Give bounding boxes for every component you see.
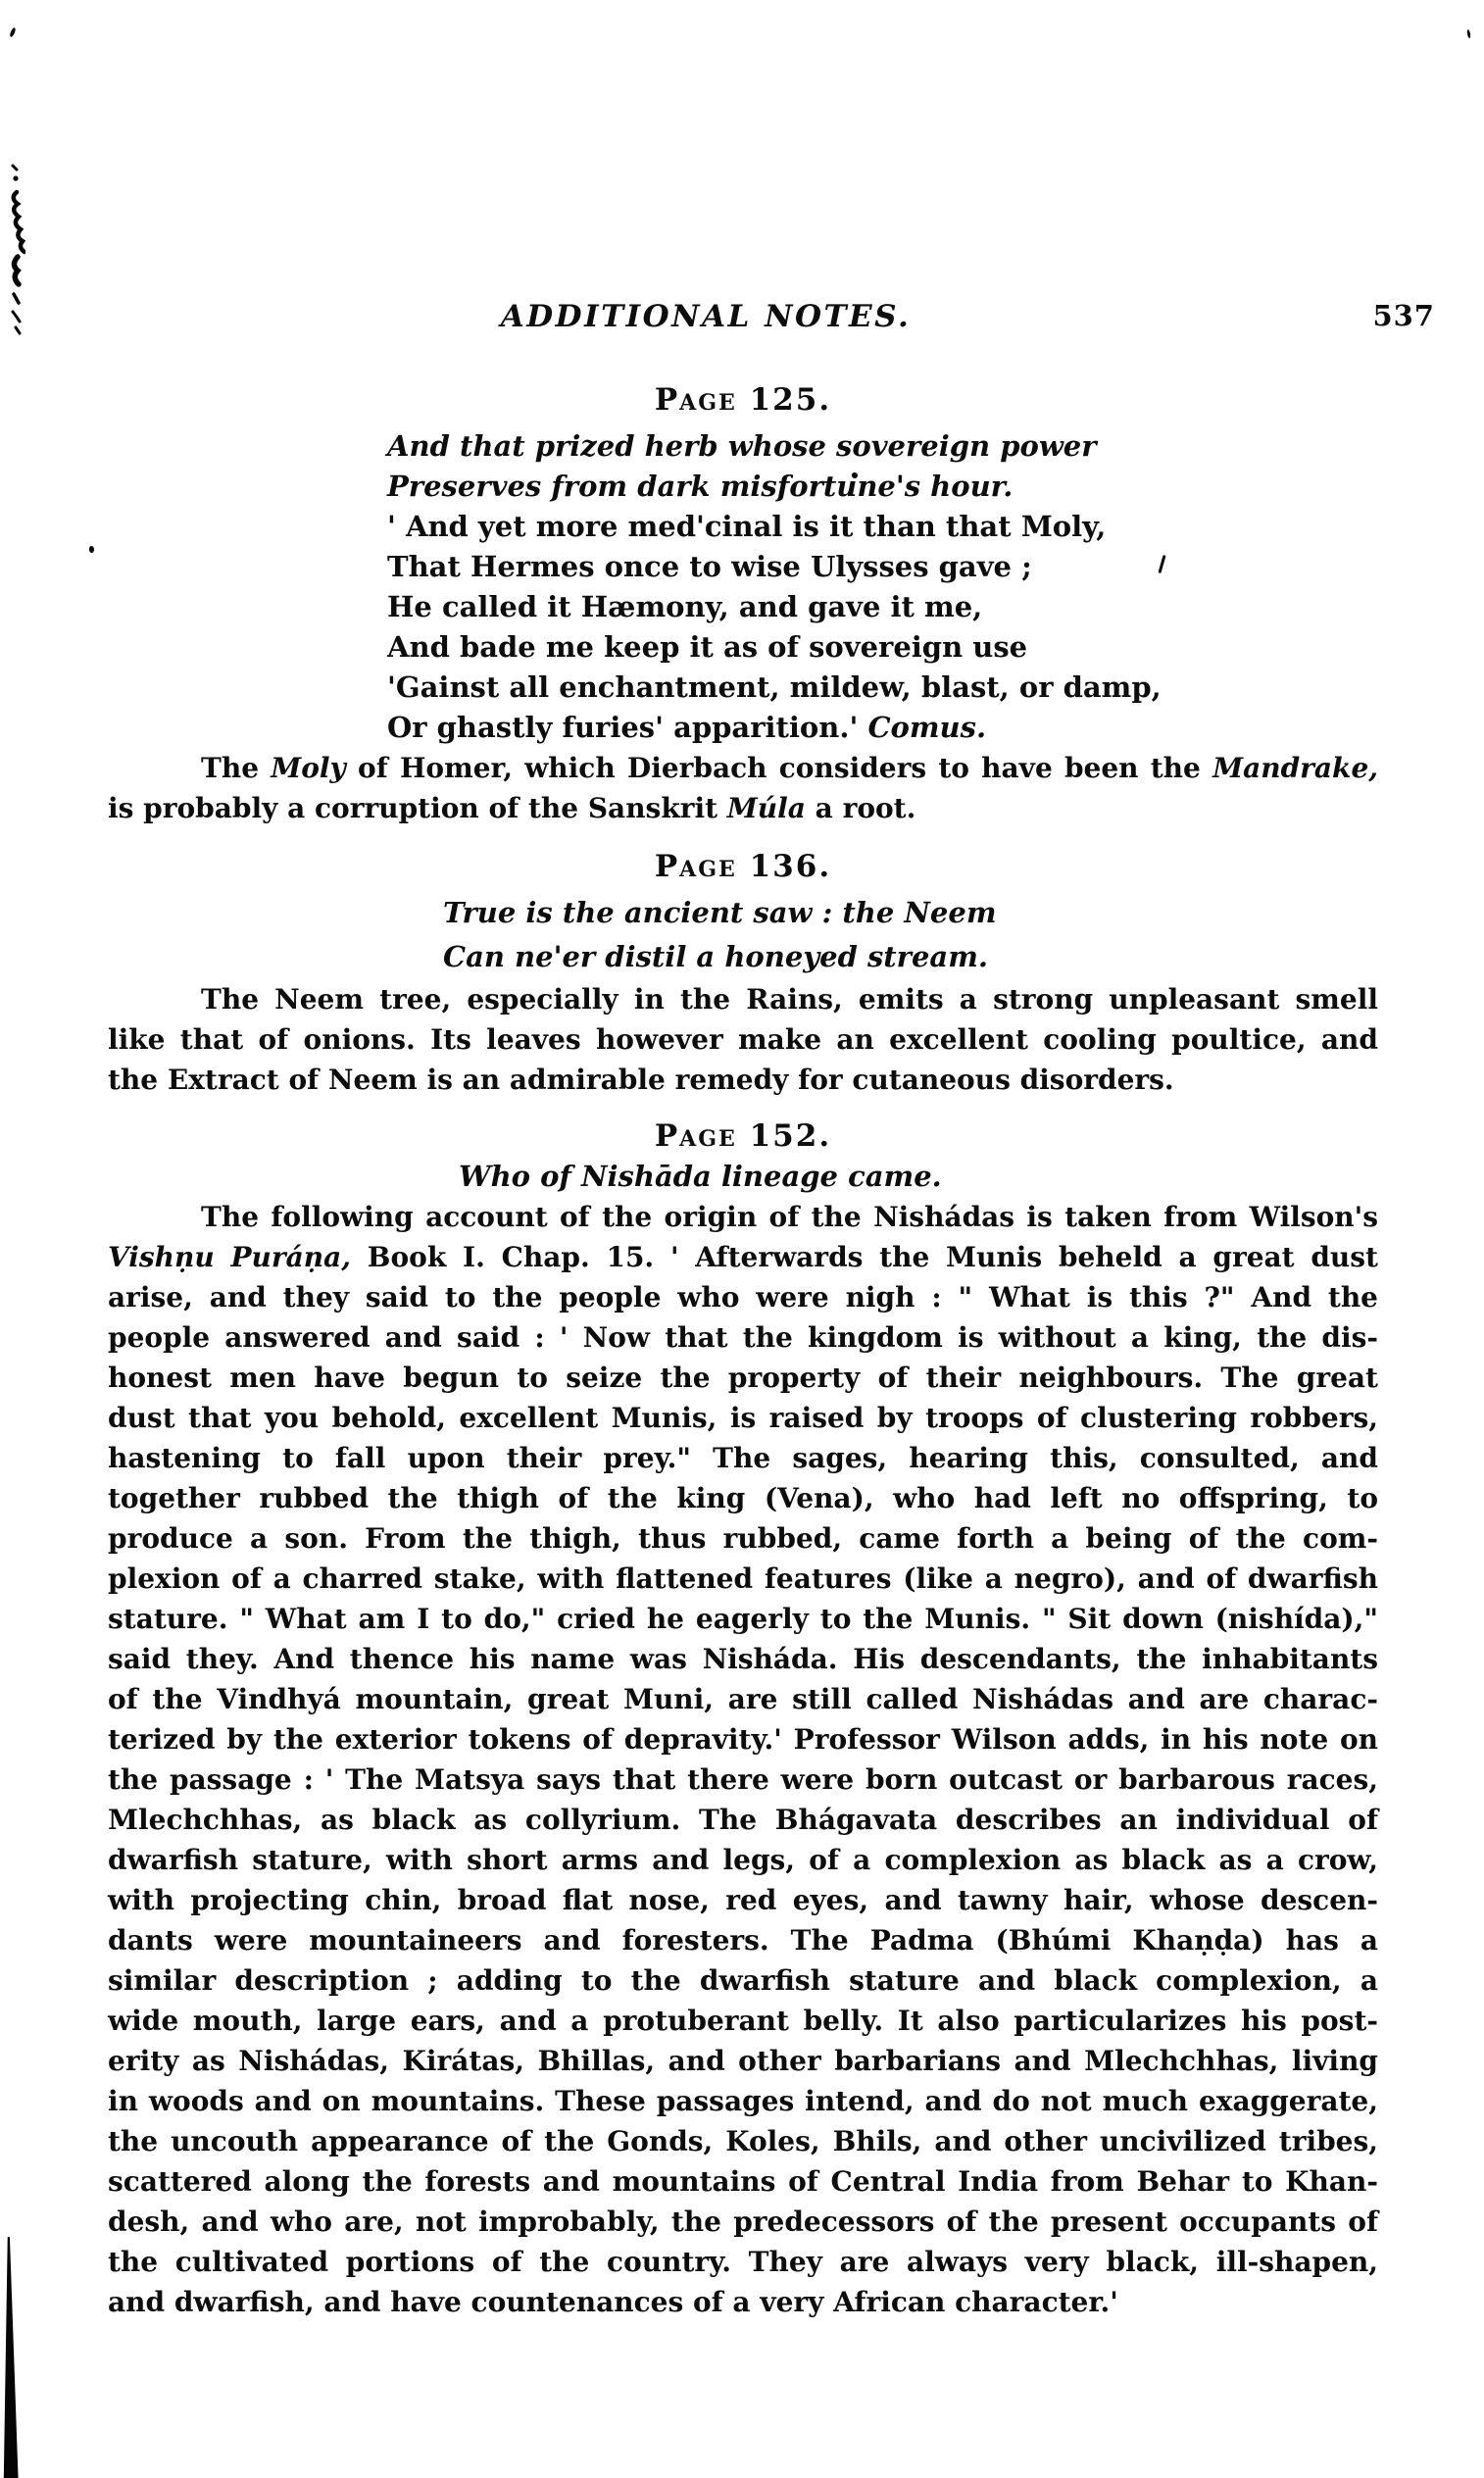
text-line: Preserves from dark misfortune's hour. (387, 467, 1378, 507)
text-line: erity as Nishádas, Kirátas, Bhillas, and… (108, 2041, 1378, 2081)
text-line: 'Gainst all enchantment, mildew, blast, … (387, 668, 1378, 708)
text-line: the uncouth appearance of the Gonds, Kol… (108, 2121, 1378, 2161)
text-line: Or ghastly furies' apparition.' Comus. (387, 708, 1378, 748)
text-line: desh, and who are, not improbably, the p… (108, 2202, 1378, 2242)
text-line: similar description ; adding to the dwar… (108, 1960, 1378, 2001)
text-line: And bade me keep it as of sovereign use (387, 627, 1378, 668)
text-line: plexion of a charred stake, with flatten… (108, 1559, 1378, 1599)
text-line: in woods and on mountains. These passage… (108, 2081, 1378, 2121)
text-line: wide mouth, large ears, and a protuberan… (108, 2001, 1378, 2041)
text-line: The Moly of Homer, which Dierbach consid… (108, 748, 1378, 788)
ink-streak-bottom-left (2, 2237, 20, 2478)
section-page-152: Page 152.Who of Nishāda lineage came.The… (108, 1117, 1378, 2322)
text-line: is probably a corruption of the Sanskrit… (108, 788, 1378, 828)
text-line: and dwarfish, and have countenances of a… (108, 2282, 1378, 2322)
scanned-book-page: ADDITIONAL NOTES. 537 Page 125.And that … (0, 0, 1484, 2478)
sections-root: Page 125.And that prized herb whose sove… (108, 381, 1378, 2322)
text-line: with projecting chin, broad flat nose, r… (108, 1880, 1378, 1920)
text-line: ' And yet more med'cinal is it than that… (387, 507, 1378, 547)
text-line: of the Vindhyá mountain, great Muni, are… (108, 1679, 1378, 1719)
text-line: Mlechchhas, as black as collyrium. The B… (108, 1800, 1378, 1840)
ink-speck (1466, 29, 1471, 38)
text-line: people answered and said : ' Now that th… (108, 1317, 1378, 1358)
text-line: True is the ancient saw : the Neem (443, 891, 1378, 935)
text-line: And that prized herb whose sovereign pow… (387, 426, 1378, 467)
text-line: That Hermes once to wise Ulysses gave ; (387, 547, 1378, 587)
text-line: He called it Hæmony, and gave it me, (387, 587, 1378, 627)
para-block: The Moly of Homer, which Dierbach consid… (108, 748, 1378, 828)
text-line: dust that you behold, excellent Munis, i… (108, 1398, 1378, 1438)
text-line: like that of onions. Its leaves however … (108, 1019, 1378, 1060)
verse-block: And that prized herb whose sovereign pow… (387, 426, 1378, 748)
para-block: The following account of the origin of t… (108, 1197, 1378, 2322)
text-line: arise, and they said to the people who w… (108, 1277, 1378, 1317)
text-line: terized by the exterior tokens of deprav… (108, 1719, 1378, 1759)
ink-smudge-top-left (4, 163, 25, 363)
text-line: the cultivated portions of the country. … (108, 2242, 1378, 2282)
section-page-136: Page 136.True is the ancient saw : the N… (108, 848, 1378, 1100)
text-line: scattered along the forests and mountain… (108, 2161, 1378, 2202)
text-line: the Extract of Neem is an admirable reme… (108, 1060, 1378, 1100)
running-head-title: ADDITIONAL NOTES. (501, 299, 911, 334)
text-line: together rubbed the thigh of the king (V… (108, 1478, 1378, 1518)
text-line: the passage : ' The Matsya says that the… (108, 1759, 1378, 1800)
page-content: ADDITIONAL NOTES. 537 Page 125.And that … (108, 299, 1378, 2322)
section-heading: Page 125. (108, 381, 1378, 419)
text-line: The following account of the origin of t… (108, 1197, 1378, 1237)
text-line: Can ne'er distil a honeyed stream. (443, 935, 1378, 979)
text-line: said they. And thence his name was Nishá… (108, 1639, 1378, 1679)
text-line: dwarfish stature, with short arms and le… (108, 1840, 1378, 1880)
section-heading: Page 136. (108, 848, 1378, 885)
para-block: The Neem tree, especially in the Rains, … (108, 979, 1378, 1100)
verse-block: Who of Nishāda lineage came. (459, 1157, 1378, 1197)
section-heading: Page 152. (108, 1117, 1378, 1155)
text-line: The Neem tree, especially in the Rains, … (108, 979, 1378, 1019)
ink-speck (9, 27, 17, 38)
text-line: dants were mountaineers and foresters. T… (108, 1920, 1378, 1960)
text-line: produce a son. From the thigh, thus rubb… (108, 1518, 1378, 1559)
text-line: hastening to fall upon their prey." The … (108, 1438, 1378, 1478)
running-head: ADDITIONAL NOTES. 537 (108, 299, 1378, 342)
text-line: Who of Nishāda lineage came. (459, 1157, 1378, 1197)
ink-speck (89, 546, 94, 553)
text-line: Vishṇu Puráṇa, Book I. Chap. 15. ' After… (108, 1237, 1378, 1277)
text-line: honest men have begun to seize the prope… (108, 1358, 1378, 1398)
verse-block: True is the ancient saw : the NeemCan ne… (443, 891, 1378, 979)
folio-page-number: 537 (1372, 299, 1435, 332)
text-line: stature. " What am I to do," cried he ea… (108, 1599, 1378, 1639)
section-page-125: Page 125.And that prized herb whose sove… (108, 381, 1378, 828)
